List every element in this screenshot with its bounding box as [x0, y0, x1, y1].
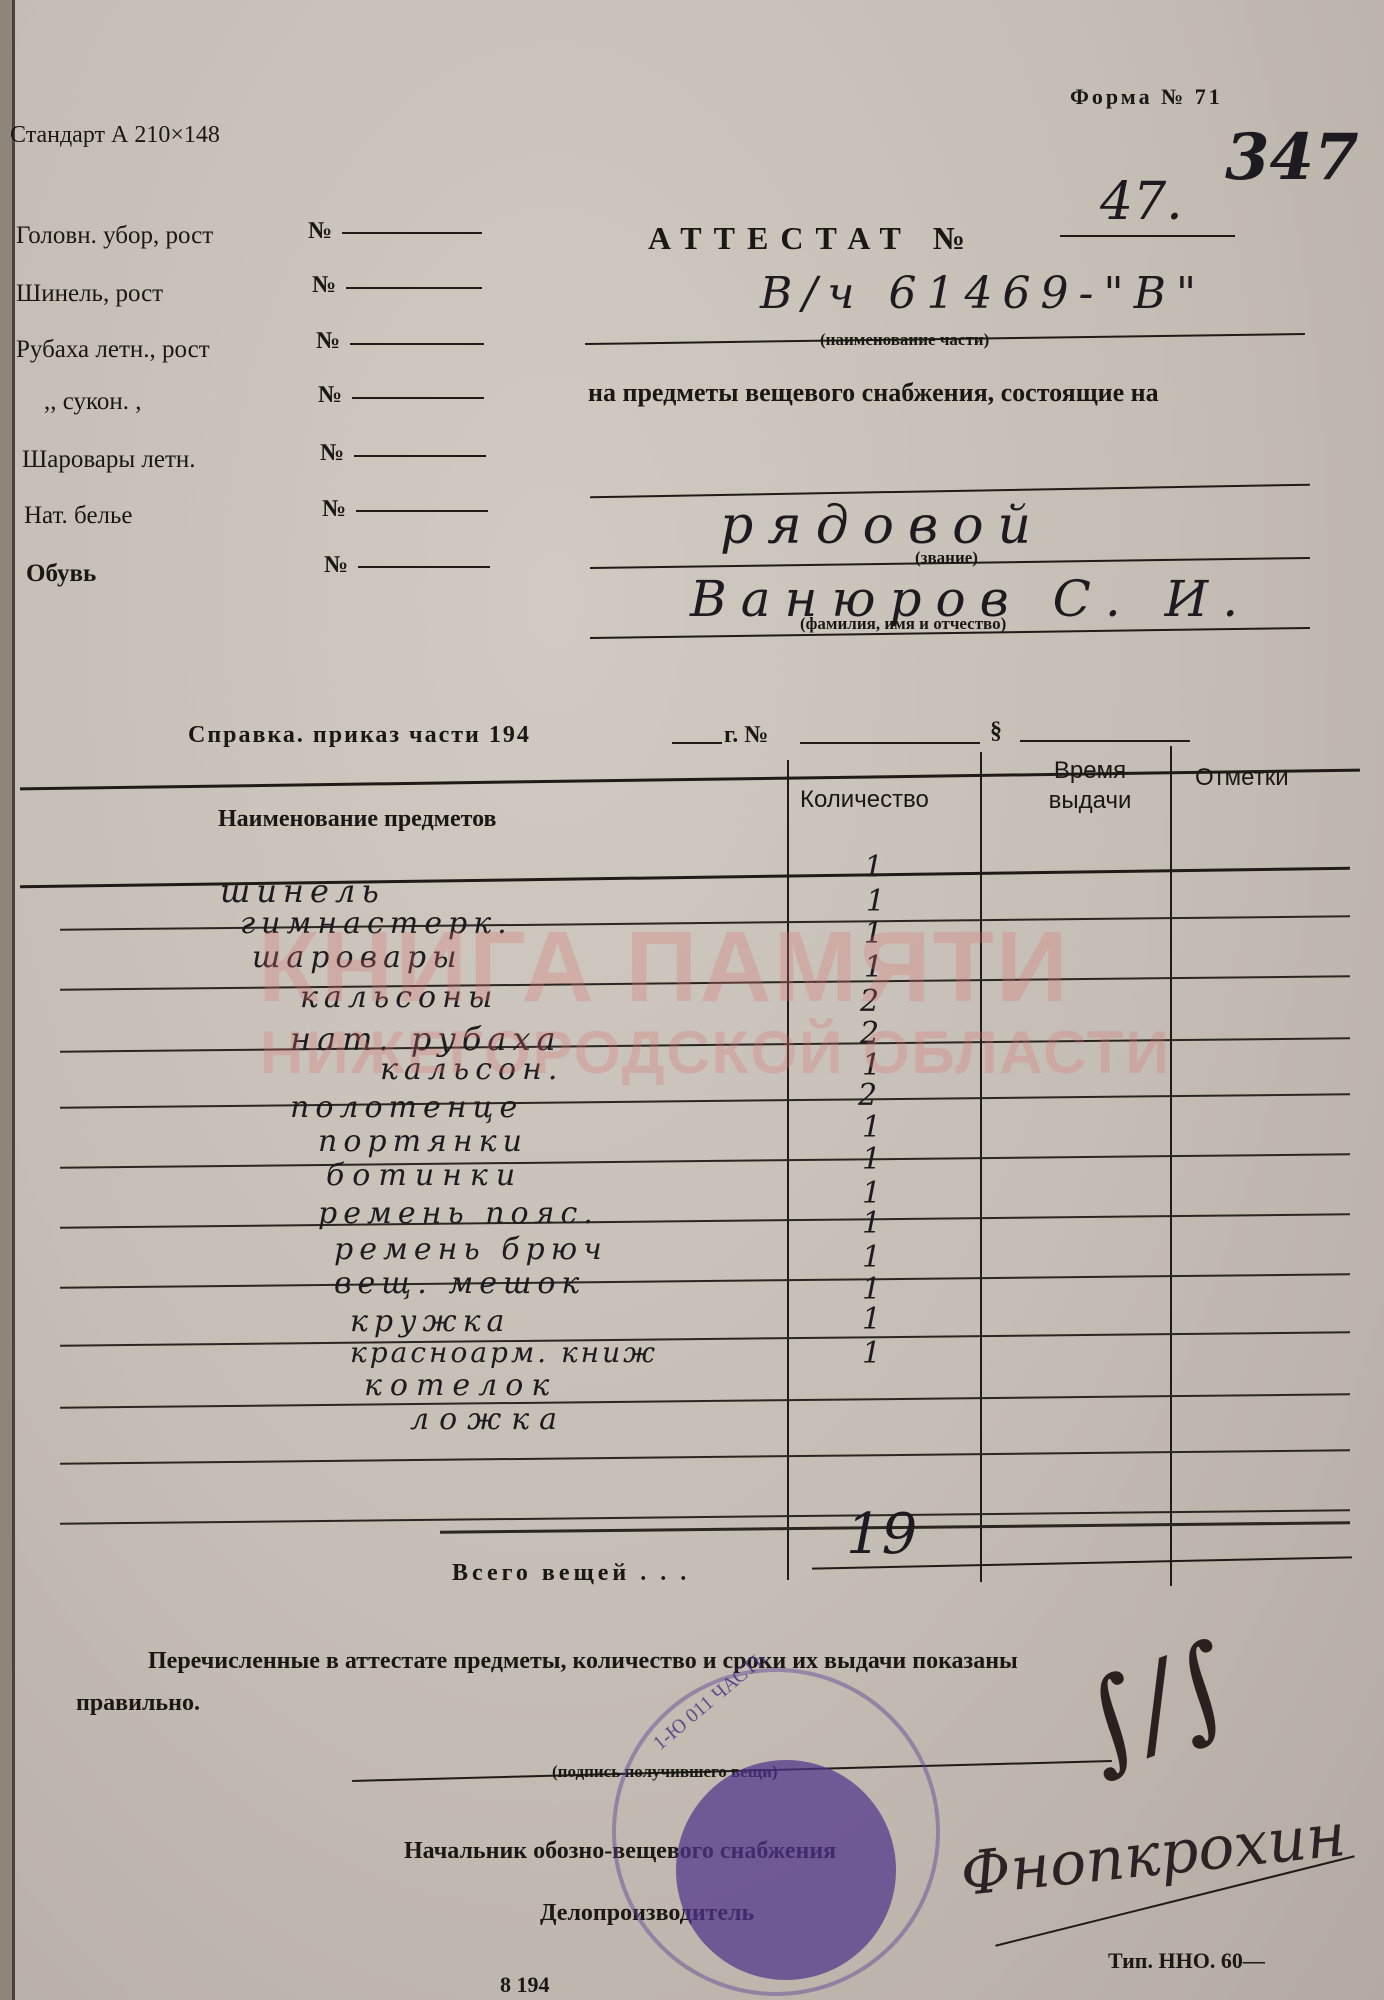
size-field[interactable] — [358, 566, 490, 568]
table-row-item: красноарм. книж — [350, 1336, 658, 1369]
table-row-item: полотенце — [290, 1090, 523, 1125]
table-row-qty: 1 — [862, 1240, 881, 1275]
stamp-emblem — [676, 1760, 896, 1980]
table-row-qty: 1 — [864, 850, 883, 885]
table-row-item: котелок — [364, 1368, 557, 1403]
table-row-item: ремень пояс. — [318, 1196, 599, 1231]
certificate-title: АТТЕСТАТ № — [648, 220, 977, 257]
rank-value: рядовой — [720, 496, 1045, 556]
unit-caption: (наименование части) — [820, 330, 989, 350]
column-header-notes: Отметки — [1195, 764, 1289, 792]
size-field[interactable] — [342, 232, 482, 234]
table-row-item: шинель — [220, 872, 385, 910]
size-field[interactable] — [352, 397, 484, 399]
reference-section: § — [990, 718, 1002, 745]
size-no: № — [318, 382, 342, 409]
size-label: Шаровары летн. — [22, 446, 196, 474]
table-row-qty: 1 — [862, 1336, 881, 1371]
subject-text: на предметы вещевого снабжения, состоящи… — [588, 378, 1159, 408]
size-label: Рубаха летн., рост — [16, 336, 210, 364]
column-header-issue-time: Время выдачи — [1030, 756, 1150, 816]
column-header-quantity: Количество — [800, 786, 929, 814]
reference-number-label: г. № — [724, 722, 768, 749]
table-row-item: кружка — [350, 1304, 510, 1339]
size-field[interactable] — [356, 510, 488, 512]
table-row-item: ремень брюч — [334, 1232, 608, 1267]
reference-label: Справка. приказ части 194 — [188, 722, 531, 749]
table-row-item: ботинки — [326, 1158, 523, 1193]
table-row-item: портянки — [318, 1124, 528, 1159]
column-divider — [980, 752, 982, 1582]
binding-edge — [0, 0, 15, 2000]
certificate-number-field[interactable] — [1060, 235, 1235, 237]
size-label: Обувь — [26, 560, 96, 588]
table-row-qty: 1 — [862, 1206, 881, 1241]
size-label: ,, сукон. , — [44, 388, 142, 416]
reference-section-field[interactable] — [1020, 740, 1190, 742]
rank-caption: (звание) — [915, 548, 978, 568]
table-row-item: ложка — [410, 1402, 567, 1437]
name-caption: (фамилия, имя и отчество) — [800, 614, 1006, 634]
size-no: № — [308, 218, 332, 245]
size-no: № — [324, 552, 348, 579]
size-field[interactable] — [346, 287, 482, 289]
date-fragment: 8 194 — [500, 1972, 550, 1998]
form-number: Форма № 71 — [1070, 84, 1223, 110]
certificate-number: 47. — [1100, 172, 1183, 232]
printer-mark: Тип. ННО. 60— — [1108, 1948, 1265, 1974]
total-label: Всего вещей . . . — [452, 1560, 690, 1587]
statement-end: правильно. — [76, 1690, 200, 1717]
size-no: № — [322, 496, 346, 523]
size-field[interactable] — [354, 455, 486, 457]
total-value: 19 — [846, 1502, 917, 1567]
size-no: № — [320, 440, 344, 467]
reference-number-field[interactable] — [800, 742, 980, 744]
size-label: Головн. убор, рост — [16, 222, 213, 250]
size-label: Нат. белье — [24, 502, 133, 530]
unit-name: В/ч 61469-"В" — [760, 268, 1206, 319]
size-no: № — [316, 328, 340, 355]
table-row-qty: 1 — [862, 1110, 881, 1145]
size-no: № — [312, 272, 336, 299]
corner-number: 347 — [1225, 120, 1359, 195]
table-row-qty: 1 — [862, 1142, 881, 1177]
table-row-item: вещ. мешок — [334, 1266, 585, 1301]
watermark-line2: НИЖЕГОРОДСКОЙ ОБЛАСТИ — [260, 1018, 1171, 1087]
column-header-item: Наименование предметов — [218, 806, 496, 833]
table-row-qty: 1 — [862, 1302, 881, 1337]
column-divider — [1170, 746, 1172, 1586]
size-field[interactable] — [350, 343, 484, 345]
watermark-line1: КНИГА ПАМЯТИ — [258, 910, 1070, 1025]
reference-year-field[interactable] — [672, 742, 722, 744]
size-label: Шинель, рост — [16, 280, 163, 308]
standard-label: Стандарт А 210×148 — [10, 122, 220, 149]
statement-text: Перечисленные в аттестате предметы, коли… — [148, 1648, 1018, 1675]
